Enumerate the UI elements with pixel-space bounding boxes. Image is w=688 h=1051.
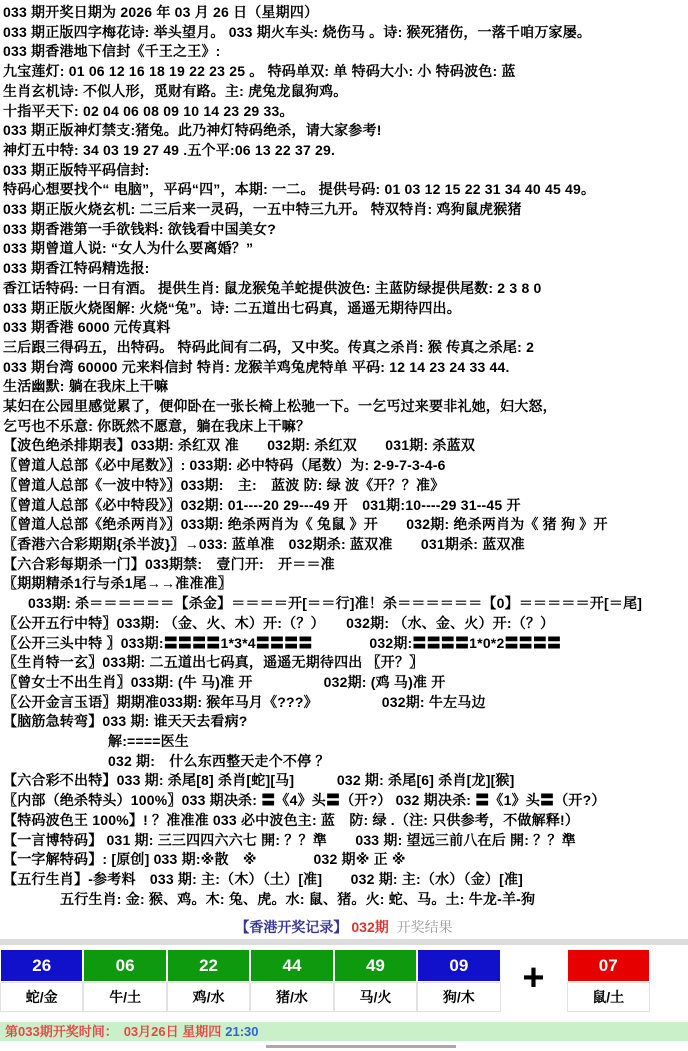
results-suffix-label: 开奖结果 (397, 919, 453, 935)
ball-number: 49 (335, 950, 416, 981)
tip-sheet: 033 期开奖日期为 2026 年 03 月 26 日（星期四） 033 期正版… (0, 0, 688, 909)
ball-zodiac-label: 牛/土 (83, 982, 166, 1012)
results-header: 【香港开奖记录】032期 开奖结果 (0, 918, 688, 936)
next-draw-weekday: 星期四 (182, 1024, 221, 1039)
doc-line: 特码心想要找个“ 电脑”，平码“四”，本期: 一二。 提供号码: 01 03 1… (3, 180, 688, 200)
ball-zodiac-label: 猪/水 (250, 982, 333, 1012)
doc-line: 解:====医生 (3, 732, 688, 752)
doc-line: 033 期曾道人说: “女人为什么要离婚？” (3, 239, 688, 259)
doc-line: 033 期香港 6000 元传真料 (3, 318, 688, 338)
doc-line: 〖公开三头中特 〗033期:〓〓〓〓1*3*4〓〓〓〓 032期:〓〓〓〓1*0… (3, 634, 688, 654)
next-draw-bar: 第033期开奖时间：03月26日 星期四21:30 (0, 1021, 688, 1041)
lottery-results-section: 【香港开奖记录】032期 开奖结果 26 蛇/金 06 牛/土 22 鸡/水 4… (0, 918, 688, 1048)
result-column-2: 06 牛/土 (83, 949, 166, 1012)
doc-line-draw-date: 033 期开奖日期为 2026 年 03 月 26 日（星期四） (3, 3, 688, 23)
doc-line: 〖香港六合彩期期{杀半波}〗→033: 蓝单准 032期杀: 蓝双准 031期杀… (3, 535, 688, 555)
doc-line: 【六合彩不出特】033 期: 杀尾[8] 杀肖[蛇][马] 032 期: 杀尾[… (3, 771, 688, 791)
doc-line: 【五行生肖】-参考料 033 期: 主:（木）（土）[准] 032 期: 主:（… (3, 870, 688, 890)
special-zodiac-label: 鼠/土 (567, 982, 650, 1012)
doc-line: 九宝莲灯: 01 06 12 16 18 19 22 23 25 。 特码单双:… (3, 62, 688, 82)
doc-line: 香江话特码: 一日有酒。 提供生肖: 鼠龙猴兔羊蛇提供波色: 主蓝防绿提供尾数:… (3, 279, 688, 299)
doc-line: 【一字解特码】: [原创] 033 期:※散 ※ 032 期※ 正 ※ (3, 850, 688, 870)
ball-zodiac-label: 马/火 (334, 982, 417, 1012)
doc-line: 三后跟三得码五，出特码。 特码此间有二码，又中奖。传真之杀肖: 猴 传真之杀尾:… (3, 338, 688, 358)
doc-line: 〖内部（绝杀特头）100%〗033 期决杀: 〓《4》头〓（开?） 032 期决… (3, 791, 688, 811)
doc-line: 〖公开五行中特〗033期: （金、火、木）开:（？） 032期: （水、金、火）… (3, 614, 688, 634)
ball-number: 26 (1, 950, 82, 981)
result-column-5: 49 马/火 (334, 949, 417, 1012)
plus-icon: + (522, 959, 544, 997)
doc-line: 【六合彩每期杀一门】033期禁: 壹门开: 开＝＝准 (3, 555, 688, 575)
issue-number: 032期 (351, 919, 388, 935)
doc-line: 〖曾道人总部《必中尾数》〗: 033期: 必中特码（尾数）为: 2-9-7-3-… (3, 456, 688, 476)
doc-line: 033 期台湾 60000 元来料信封 特肖: 龙猴羊鸡兔虎特单 平码: 12 … (3, 358, 688, 378)
doc-line: 033 期正版四字梅花诗: 举头望月。 033 期火车头: 烧伤马 。诗: 猴死… (3, 23, 688, 43)
ball-number: 22 (168, 950, 249, 981)
doc-line: 【脑筋急转弯】033 期: 谁天天去看病? (3, 712, 688, 732)
result-column-3: 22 鸡/水 (167, 949, 250, 1012)
ball-number: 06 (84, 950, 165, 981)
special-ball-number: 07 (568, 950, 649, 981)
plus-separator: + (501, 949, 567, 1012)
bottom-divider (266, 1045, 456, 1048)
doc-line: 〖曾女士不出生肖〗033期: (牛 马)准 开 032期: (鸡 马)准 开 (3, 673, 688, 693)
doc-line: 033 期正版特平码信封: (3, 161, 688, 181)
ball-zodiac-label: 蛇/金 (0, 982, 83, 1012)
doc-line: 033期: 杀＝＝＝＝＝＝【杀金】＝＝＝＝开[＝＝行]准！杀＝＝＝＝＝＝【0】＝… (3, 594, 688, 614)
ball-zodiac-label: 鸡/水 (167, 982, 250, 1012)
doc-line: 033 期正版火烧图解: 火烧“兔”。诗: 二五道出七码真，遥遥无期待四出。 (3, 299, 688, 319)
result-column-1: 26 蛇/金 (0, 949, 83, 1012)
doc-line: 五行生肖: 金: 猴、鸡。木: 兔、虎。水: 鼠、猪。火: 蛇、马。土: 牛龙-… (3, 890, 688, 910)
doc-line: 033 期香港地下信封《千王之王》: (3, 42, 688, 62)
result-column-4: 44 猪/水 (250, 949, 333, 1012)
results-table: 26 蛇/金 06 牛/土 22 鸡/水 44 猪/水 49 马/火 09 狗/… (0, 949, 650, 1012)
doc-line: 〖曾道人总部《绝杀两肖》〗033期: 绝杀两肖为《 兔鼠 》开 032期: 绝杀… (3, 515, 688, 535)
hk-records-link[interactable]: 【香港开奖记录】 (235, 919, 347, 935)
result-column-6: 09 狗/木 (417, 949, 500, 1012)
doc-line: 033 期正版神灯禁支:猪兔。此乃神灯特码绝杀，请大家参考! (3, 121, 688, 141)
doc-line: 十指平天下: 02 04 06 08 09 10 14 23 29 33。 (3, 102, 688, 122)
special-number-column: 07 鼠/土 (567, 949, 650, 1012)
doc-line: 神灯五中特: 34 03 19 27 49 .五个平:06 13 22 37 2… (3, 141, 688, 161)
doc-line: 032 期: 什么东西整天走个不停 ？ (3, 752, 688, 772)
doc-line: 某妇在公园里感觉累了，便仰卧在一张长椅上松驰一下。一乞丐过来要非礼她，妇大怒， (3, 397, 688, 417)
next-draw-date: 03月26日 (124, 1024, 179, 1039)
ball-number: 09 (418, 950, 499, 981)
ball-number: 44 (251, 950, 332, 981)
doc-line: 【一言博特码】 031 期: 三三四四六六七 開: ？？準 033 期: 望远三… (3, 831, 688, 851)
doc-line: 【特码波色王 100%】! ？准准准 033 必中波色主: 蓝 防: 绿 .（注… (3, 811, 688, 831)
ball-zodiac-label: 狗/木 (417, 982, 500, 1012)
doc-line: 〖期期精杀1行与杀1尾→→准准准〗 (3, 574, 688, 594)
doc-line: 〖公开金言玉语〗期期准033期: 猴年马月《???》 032期: 牛左马边 (3, 693, 688, 713)
doc-line: 〖曾道人总部《必中特段》〗032期: 01----20 29---49 开 03… (3, 496, 688, 516)
next-draw-time: 21:30 (225, 1024, 258, 1039)
next-draw-prefix: 第033期开奖时间： (5, 1024, 118, 1039)
doc-line: 033 期香港第一手欲钱料: 欲钱看中国美女? (3, 220, 688, 240)
doc-line: 033 期香江特码精选报: (3, 259, 688, 279)
doc-line: 生肖玄机诗: 不似人形，觅财有路。主: 虎兔龙鼠狗鸡。 (3, 82, 688, 102)
doc-line: 〖曾道人总部《一波中特》〗033期: 主: 蓝波 防: 绿 波《开？？准》 (3, 476, 688, 496)
doc-line: 033 期正版火烧玄机: 二三后来一灵码，一五中特三九开。 特双特肖: 鸡狗鼠虎… (3, 200, 688, 220)
divider-strip (0, 939, 688, 945)
doc-line: 〖生肖特一玄〗033期: 二五道出七码真，遥遥无期待四出 〖开？〗 (3, 653, 688, 673)
doc-line: 乞丐也不乐意: 你既然不愿意，躺在我床上干嘛？ (3, 417, 688, 437)
doc-line: 生活幽默: 躺在我床上干嘛 (3, 377, 688, 397)
doc-line: 【波色绝杀排期表】033期: 杀红双 准 032期: 杀红双 031期: 杀蓝双 (3, 436, 688, 456)
